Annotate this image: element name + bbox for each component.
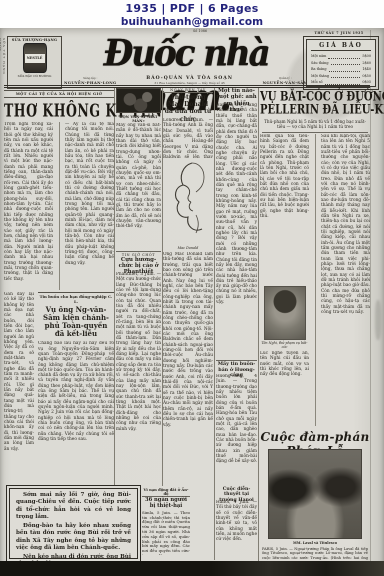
dotted-leader: [331, 77, 360, 78]
office-cell: BÁO-QUÁN VÀ TÒA SOẠN 31 Rue Lagrandière,…: [146, 76, 233, 85]
storyC-section-label: NGÀY BÊN TÂY: [163, 88, 213, 93]
sam-story-label: Tin buồn cho bạn đồng-nghiệp C. L.: [38, 292, 114, 304]
storyE-col1-text-2: Lúc nghe tuyên án, tên Nghi cúi đầu ứa n…: [260, 351, 309, 417]
storyA-sam-lawsuit-block: Tin buồn cho bạn đồng-nghiệp C. L. Vụ ôn…: [38, 292, 114, 485]
sam-story-text: Chẳng bao lâu nay ai nấy đều rõ vụ ông N…: [38, 341, 114, 491]
photo-caption-text: PARIS, 5 Juin. — Ngoại-trưởng Pháp là ôn…: [262, 547, 368, 560]
newspaper-page: 1935 | PDF | 6 Pages buihuuhanh@gmail.co…: [0, 0, 384, 576]
storyE-column-1: Hôm qua tòa tiểu-hình Saigon đã đem vụ b…: [260, 134, 309, 426]
laval-titulesco-photo: [268, 449, 362, 539]
storyD-text-3: Hanoi, 4 Juin. — Tối thứ bảy tới đây sẽ …: [216, 500, 257, 558]
nestle-can-image: NESTLÉ: [23, 43, 47, 73]
bui-quang-chieu-announcement-box: Sớm mai nầy lối 7 giờ, ông Bùi-quang-Chi…: [9, 488, 138, 559]
storyB-text-2: Phanthiết, 3 Juin. — Một cựu hương-chức …: [116, 272, 161, 485]
storyB-text: Mấy ông văn-sĩ bất-mãn ở đô-thành lúc nầ…: [116, 123, 161, 249]
storyC-text: Ông Mac Donald làm thủ-tướng đã sáu năm …: [163, 252, 213, 485]
dotted-leader: [331, 64, 361, 65]
photo-names-caption: MM. Laval và Titulesco: [260, 541, 370, 545]
overlay-email-line: buihuuhanh@gmail.com: [0, 16, 384, 28]
dotted-leader: [328, 58, 360, 59]
ink-smudge: [375, 300, 381, 340]
storyA-kicker: MỘT CÁI TỆ CỦA XÃ HỘI HIỆN GIỜ: [4, 90, 114, 98]
column-rule: [114, 88, 115, 486]
column-rule: [258, 88, 259, 561]
storyA-columns: Trộm nghĩ trong xã-hội ta ngày nay, cái …: [4, 122, 114, 290]
storyE-columns: Hôm qua tòa tiểu-hình Saigon đã đem vụ b…: [260, 134, 370, 426]
storyD-text-2: Hương-cảng, 4 Juin. — Trong thương-trườn…: [216, 374, 257, 485]
storyE-col1-text: Hôm qua tòa tiểu-hình Saigon đã đem vụ b…: [260, 134, 309, 284]
scan-overlay-header: 1935 | PDF | 6 Pages buihuuhanh@gmail.co…: [0, 0, 384, 29]
dotted-leader: [329, 71, 361, 72]
storyA-column-2: — Ấy là cái tệ mà chúng tôi muốn nói. Ch…: [59, 122, 114, 290]
manager-cell: Quản-lý : NGUYỄN-VĂN-SÂM: [263, 76, 308, 85]
storyA-continuation-column: Gần đây lại có kẻ lấy thơ không ký tên m…: [4, 292, 34, 485]
storyA-headline: THƠ KHÔNG KÝ TÊN: [4, 99, 114, 121]
announcement-paragraph: Đồng-bào ta hãy kéo nhau xuống bến tàu đ…: [16, 523, 131, 552]
nestle-ad: SỮA THƯỢNG-HẠNG NESTLÉ SỮA ĐẶC CÓ ĐƯỜNG: [7, 36, 62, 89]
date-line: THỨ SÁU 7 JUIN 1935: [300, 31, 378, 35]
earthquake-brief: Vì nạn động đất ở Ấn-độ 36 ngàn người bị…: [142, 488, 190, 560]
masthead-subline: Sáng-lập : NGUYỄN-PHAN-LONG BÁO-QUÁN VÀ …: [64, 76, 308, 85]
suspect-portrait-caption: Tên Nghi, thủ-phạm vụ bắt-cóc: [260, 341, 309, 349]
suspect-portrait-photo: [264, 286, 306, 340]
price-box: GIÁ BÁO Một năm 5$00 Sáu tháng 2$60 Ba t…: [306, 39, 376, 87]
storyA-column-1: Trộm nghĩ trong xã-hội ta ngày nay, cái …: [4, 122, 53, 290]
ad-vertical-text: SỮA TỐT HẠNG NHỨT: [1, 38, 6, 88]
earthquake-kicker: Vì nạn động đất ở Ấn-độ: [142, 488, 190, 497]
scan-bottom-band: [0, 561, 384, 576]
caricature-caption: Mac Donald: [163, 246, 213, 250]
storyE-column-2: Sau khi luận-tội, quan tòa lên án tên Ng…: [315, 134, 370, 426]
storyE-headline-line2: PELLERIN ĐÃ LIỄU-KẾT: [260, 103, 370, 117]
overlay-meta-line: 1935 | PDF | 6 Pages: [0, 0, 384, 15]
satire-caption: BỌN VĂN-SĨ «BẤT MÃN»: [114, 115, 163, 123]
macdonald-caricature: [166, 159, 210, 245]
ad-sub-text: SỮA ĐẶC CÓ ĐƯỜNG: [9, 74, 60, 78]
founder-cell: Sáng-lập : NGUYỄN-PHAN-LONG: [64, 76, 117, 85]
storyC-lede: Londres, 5 Juin. — Thủ-tướng Anh là ông …: [163, 118, 213, 158]
ad-brand-label: NESTLÉ: [25, 54, 45, 63]
announcement-paragraph: Sớm mai nầy lối 7 giờ, ông Bùi-quang-Chi…: [16, 492, 131, 521]
masthead-title: Đuốc nhà nam.: [64, 32, 308, 77]
sam-story-headline: Vụ ông Ng-văn-Sâm kiện chánh-phủ Toàn-qu…: [40, 306, 112, 338]
price-box-title: GIÁ BÁO: [311, 42, 371, 51]
column-rule: [214, 88, 215, 560]
earthquake-text: Simla, 5 Juin. — Theo tin chánh-thức thì…: [142, 511, 190, 555]
satire-illustration: [116, 88, 161, 113]
storyD-text: Hai đứa trẻ ở làng Tân-hương, vì cha thi…: [216, 103, 257, 358]
storyA-bottom-section: Gần đây lại có kẻ lấy thơ không ký tên m…: [4, 292, 114, 485]
earthquake-headline: 36 ngàn người bị thiệt-hại: [142, 498, 190, 510]
storyE-deck: Thủ-phạm Nghi bị 5 năm tù và 1 đồng bạc …: [262, 119, 368, 133]
ad-header-text: SỮA THƯỢNG-HẠNG: [9, 38, 60, 42]
